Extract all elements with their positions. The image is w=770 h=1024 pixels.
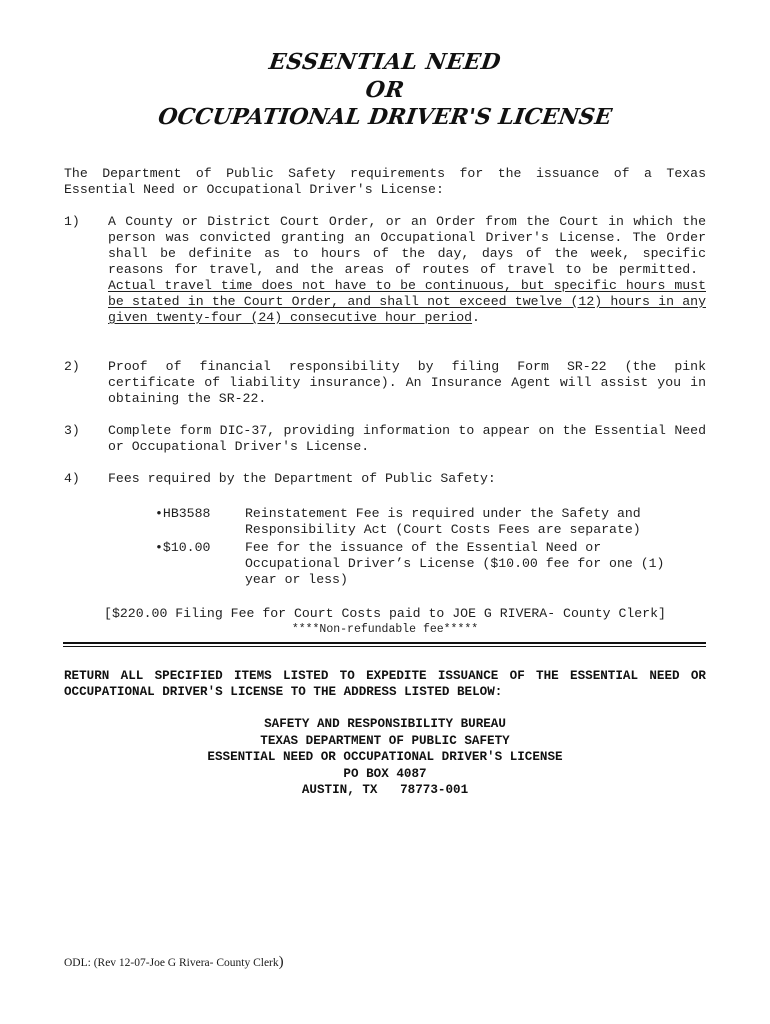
item-text: A County or District Court Order, or an … [108, 214, 706, 326]
fee-code: •$10.00 [155, 540, 210, 556]
requirement-item-4: 4) Fees required by the Department of Pu… [64, 471, 706, 487]
item-text: Fees required by the Department of Publi… [108, 471, 706, 487]
title-line-1: ESSENTIAL NEED [0, 49, 770, 75]
footer-close-paren: ) [279, 954, 284, 970]
requirement-item-3: 3) Complete form DIC-37, providing infor… [64, 423, 706, 455]
document-page: ESSENTIAL NEED OR OCCUPATIONAL DRIVER'S … [0, 0, 770, 1024]
address-line-3: ESSENTIAL NEED OR OCCUPATIONAL DRIVER'S … [64, 749, 706, 766]
title-line-2: OR [0, 77, 770, 103]
title-line-3: OCCUPATIONAL DRIVER'S LICENSE [0, 104, 770, 130]
requirement-item-1: 1) A County or District Court Order, or … [64, 214, 706, 326]
address-line-1: SAFETY AND RESPONSIBILITY BUREAU [64, 716, 706, 733]
item-body: A County or District Court Order, or an … [108, 214, 706, 277]
revision-footer: ODL: (Rev 12-07-Joe G Rivera- County Cle… [64, 954, 284, 971]
fees-list: •HB3588 Reinstatement Fee is required un… [155, 506, 675, 590]
address-line-5: AUSTIN, TX 78773-001 [64, 782, 706, 799]
item-number: 2) [64, 359, 80, 375]
fee-description: Fee for the issuance of the Essential Ne… [245, 540, 675, 588]
item-number: 1) [64, 214, 80, 230]
fee-row-10-dollars: •$10.00 Fee for the issuance of the Esse… [155, 540, 675, 588]
filing-fee-note: [$220.00 Filing Fee for Court Costs paid… [64, 606, 706, 622]
requirement-item-2: 2) Proof of financial responsibility by … [64, 359, 706, 407]
item-text: Proof of financial responsibility by fil… [108, 359, 706, 407]
item-underlined-text: Actual travel time does not have to be c… [108, 278, 706, 325]
double-divider [63, 642, 706, 647]
intro-paragraph: The Department of Public Safety requirem… [64, 166, 706, 198]
address-line-2: TEXAS DEPARTMENT OF PUBLIC SAFETY [64, 733, 706, 750]
item-number: 3) [64, 423, 80, 439]
item-number: 4) [64, 471, 80, 487]
item-tail: . [472, 310, 480, 325]
item-text: Complete form DIC-37, providing informat… [108, 423, 706, 455]
fee-code: •HB3588 [155, 506, 210, 522]
footer-text: ODL: (Rev 12-07-Joe G Rivera- County Cle… [64, 957, 279, 969]
return-instructions: RETURN ALL SPECIFIED ITEMS LISTED TO EXP… [64, 668, 706, 700]
fee-description: Reinstatement Fee is required under the … [245, 506, 675, 538]
mailing-address: SAFETY AND RESPONSIBILITY BUREAU TEXAS D… [64, 716, 706, 799]
fee-row-hb3588: •HB3588 Reinstatement Fee is required un… [155, 506, 675, 538]
address-line-4: PO BOX 4087 [64, 766, 706, 783]
non-refundable-note: ****Non-refundable fee***** [64, 622, 706, 638]
